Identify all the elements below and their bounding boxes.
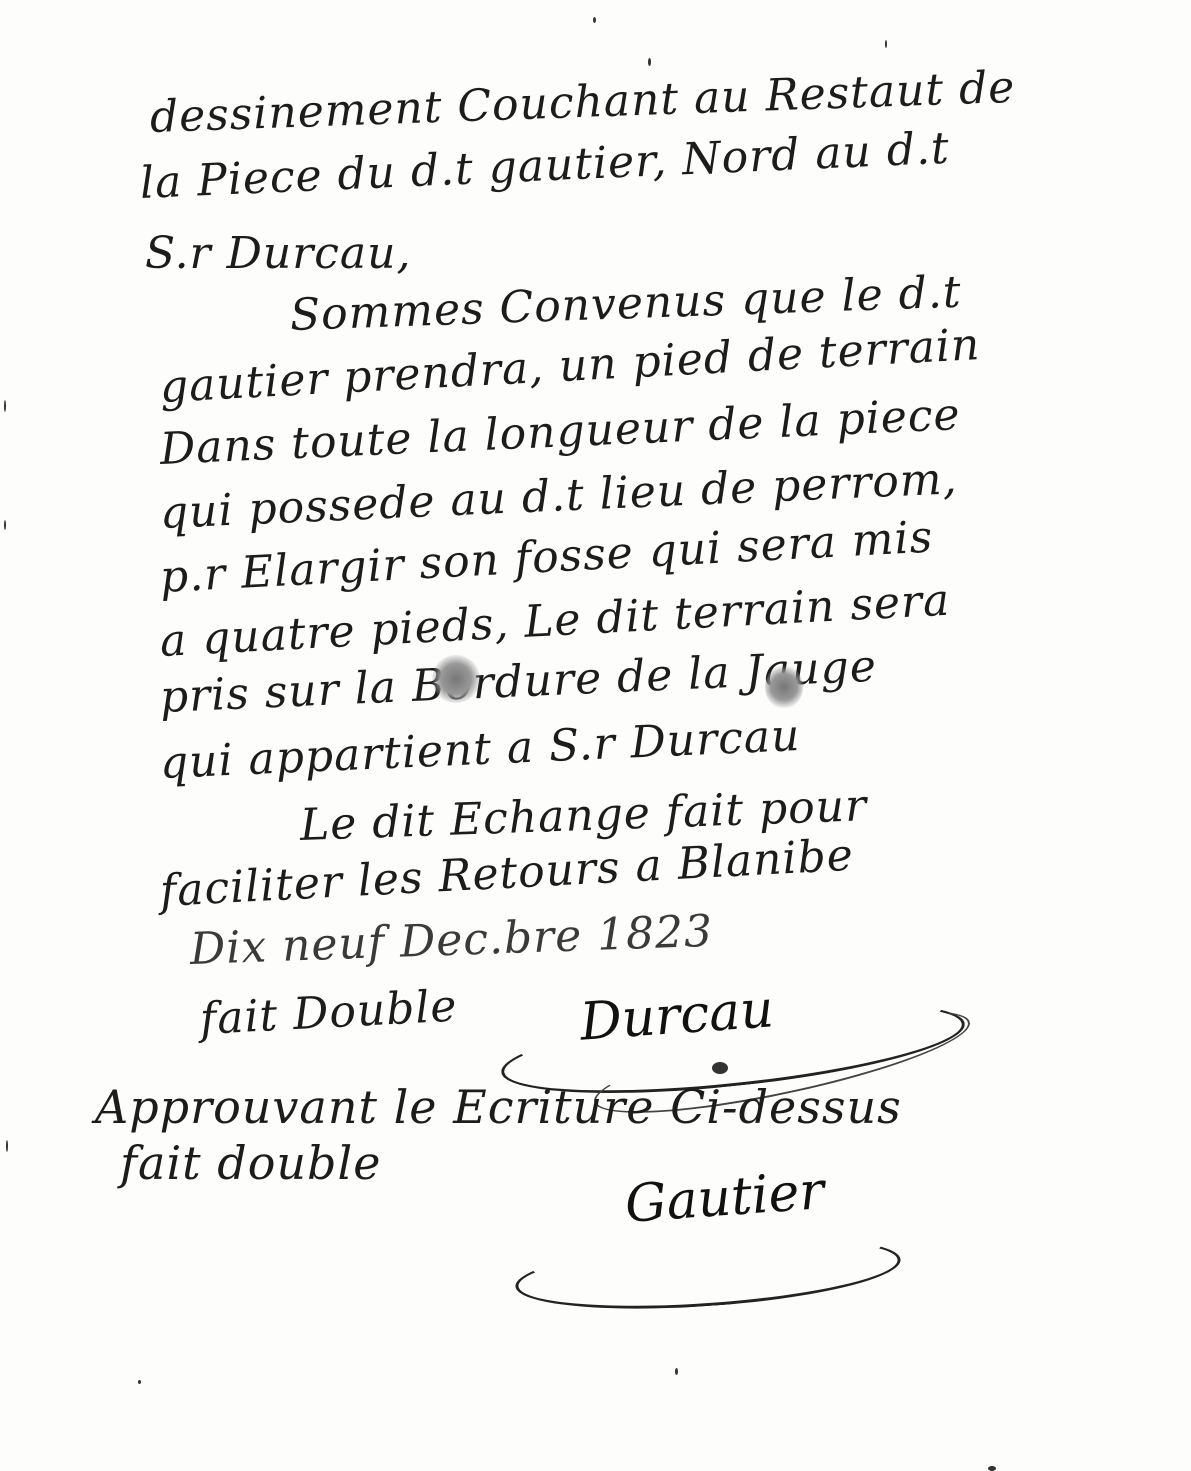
scan-speck bbox=[648, 58, 651, 66]
text-line-fait-double: fait Double bbox=[199, 981, 459, 1045]
scan-speck bbox=[4, 520, 6, 530]
scan-speck bbox=[6, 1140, 8, 1152]
text-line-3: S.r Durcau, bbox=[145, 228, 411, 279]
ink-stain bbox=[432, 655, 480, 703]
text-line-11: qui appartient a S.r Durcau bbox=[159, 710, 801, 789]
scan-speck bbox=[138, 1380, 141, 1384]
scan-speck bbox=[593, 17, 596, 23]
approval-line-1: Approuvant le Ecriture Ci-dessus bbox=[95, 1080, 902, 1134]
signature-gautier: Gautier bbox=[623, 1161, 826, 1235]
manuscript-page: dessinement Couchant au Restaut de la Pi… bbox=[0, 0, 1191, 1471]
ink-stain bbox=[765, 665, 803, 709]
ink-blot bbox=[712, 1062, 728, 1074]
scan-speck bbox=[4, 400, 6, 412]
scan-speck bbox=[675, 1368, 678, 1375]
date-line: Dix neuf Dec.bre 1823 bbox=[189, 906, 714, 975]
approval-line-2: fait double bbox=[120, 1136, 381, 1190]
gautier-flourish bbox=[513, 1227, 903, 1320]
scan-speck bbox=[988, 1466, 996, 1471]
scan-speck bbox=[885, 40, 887, 48]
